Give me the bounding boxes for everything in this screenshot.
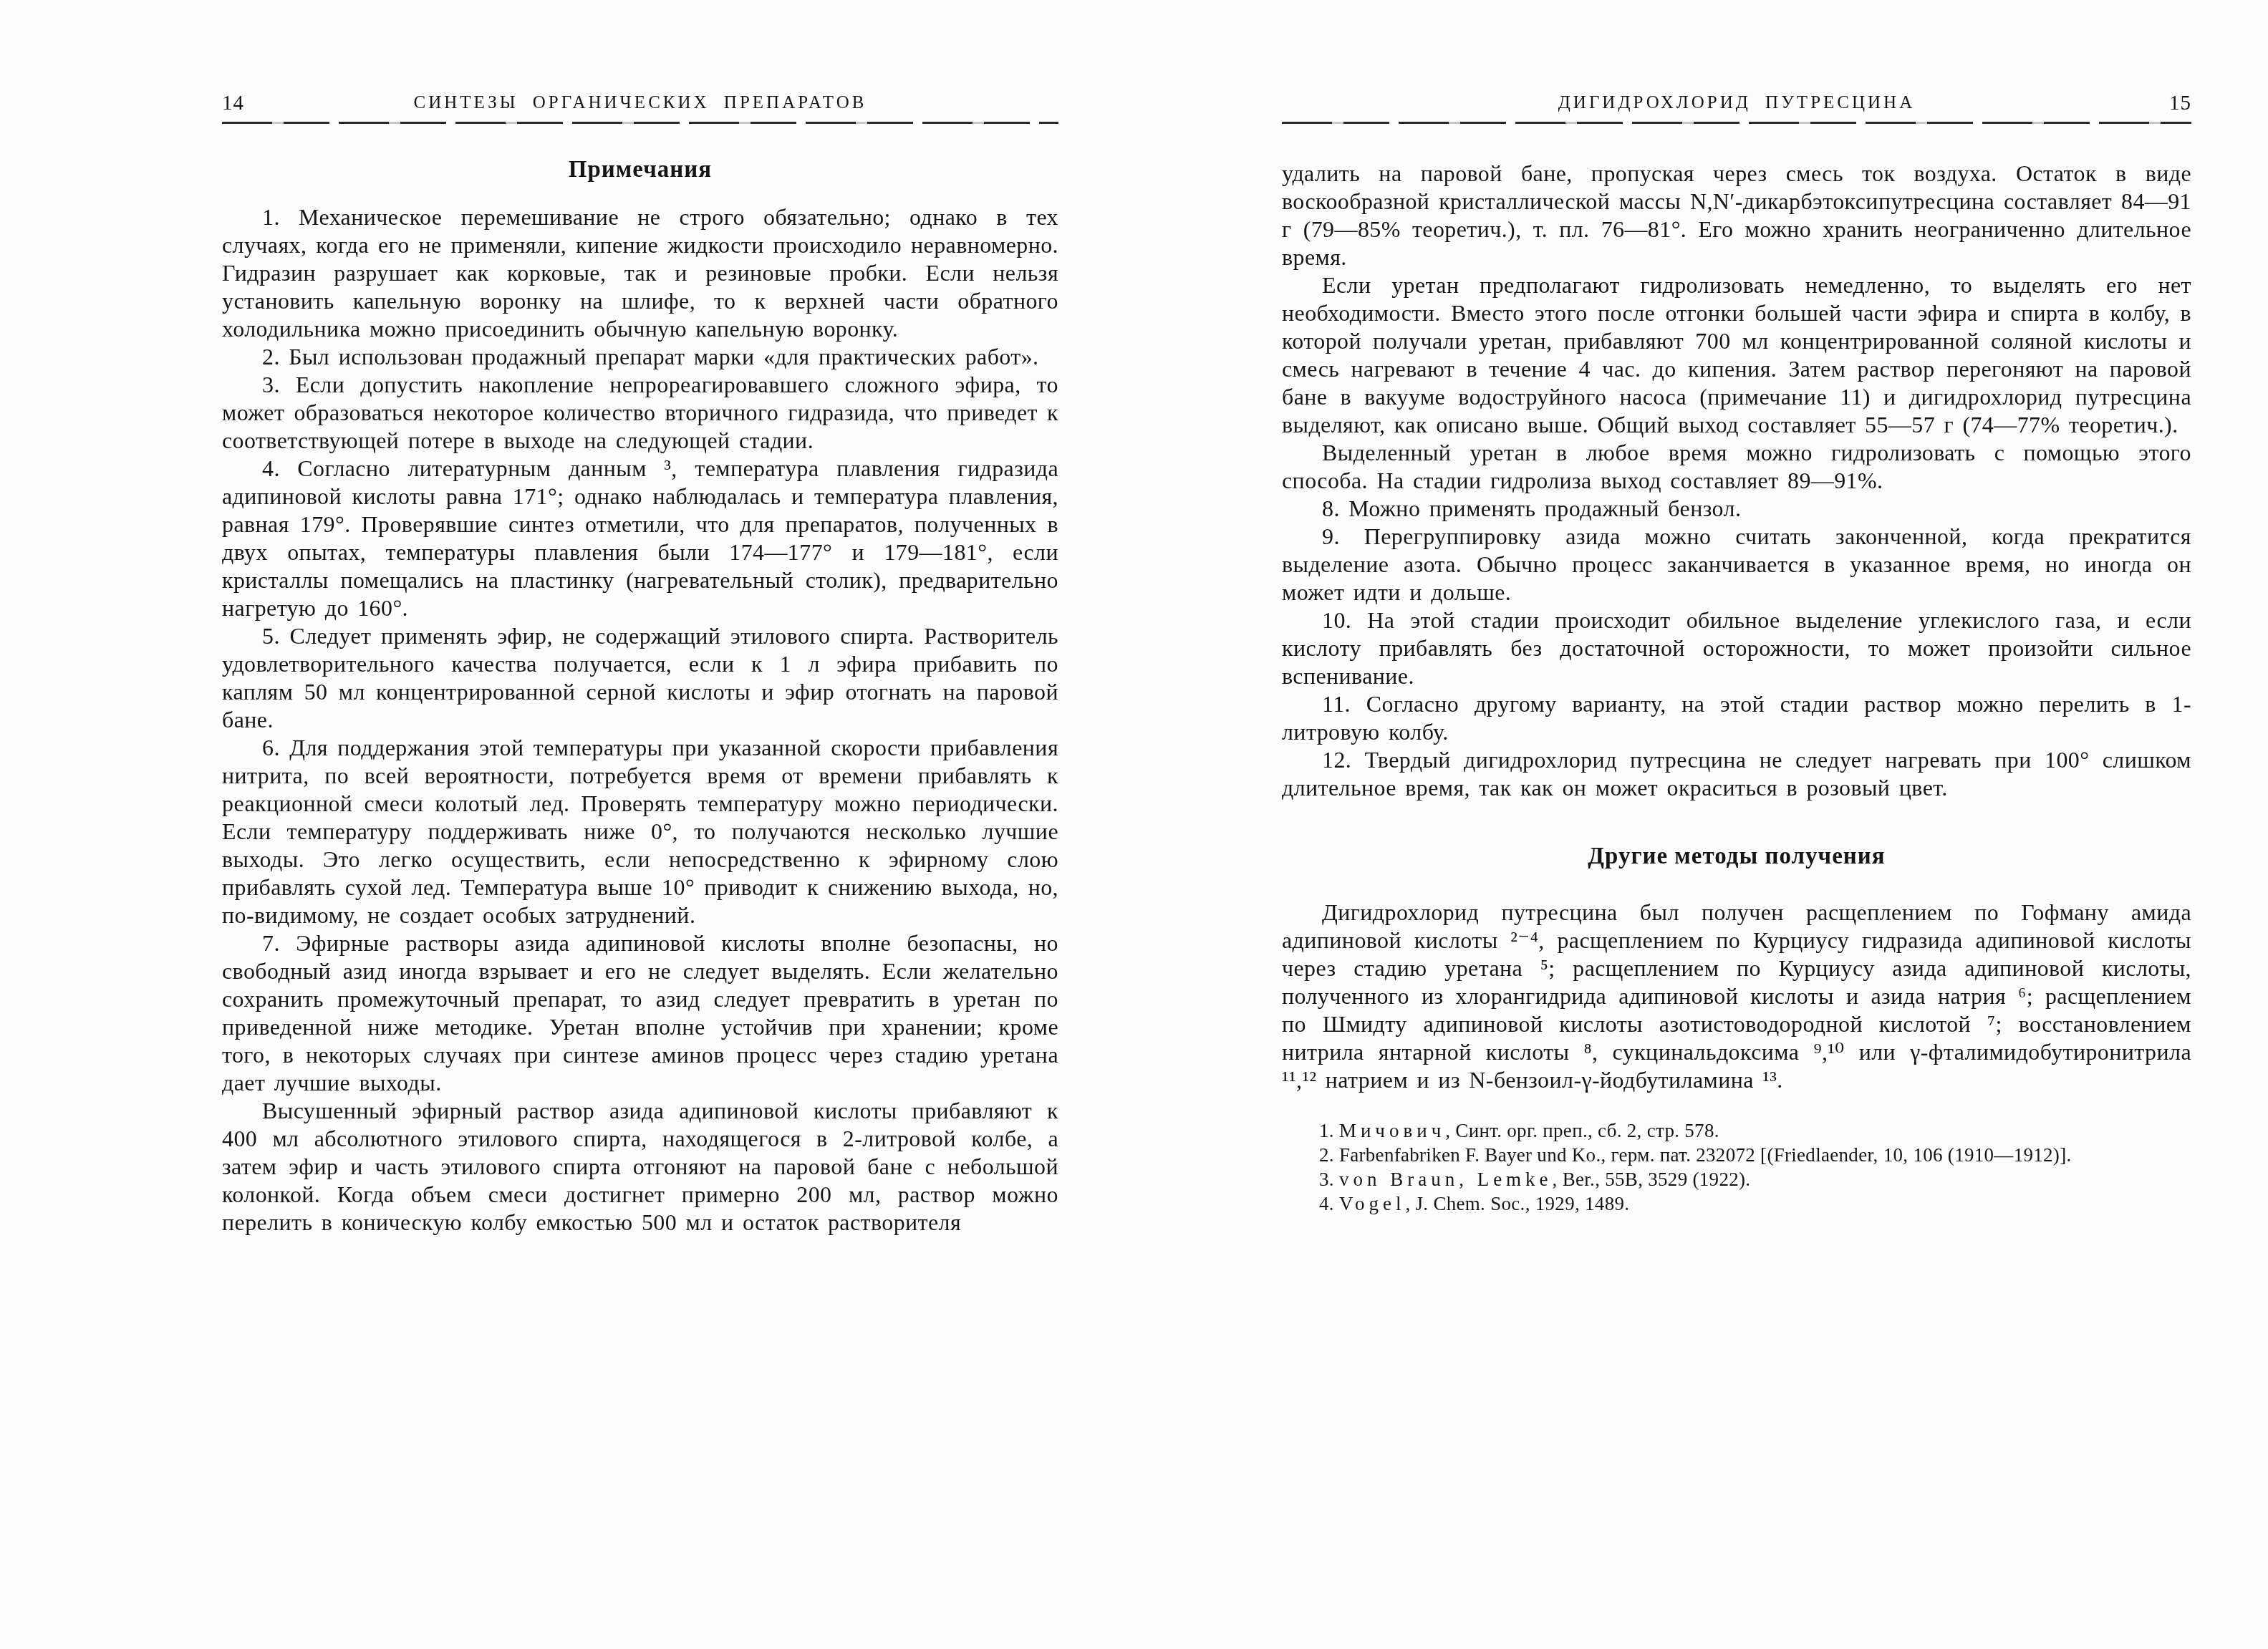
paragraph: Дигидрохлорид путресцина был получен рас… (1282, 899, 2191, 1094)
reference-item: 1. Мичович, Синт. орг. преп., сб. 2, стр… (1319, 1118, 2191, 1143)
paragraph: 8. Можно применять продажный бензол. (1282, 495, 2191, 523)
paragraph: 1. Механическое перемешивание не строго … (222, 203, 1058, 343)
reference-number: 2. (1319, 1144, 1339, 1166)
reference-item: 3. von Braun, Lemke, Ber., 55B, 3529 (19… (1319, 1167, 2191, 1191)
paragraph: Высушенный эфирный раствор азида адипино… (222, 1097, 1058, 1237)
other-methods-body: Дигидрохлорид путресцина был получен рас… (1282, 899, 2191, 1094)
right-page-header: ДИГИДРОХЛОРИД ПУТРЕСЦИНА 15 (1282, 92, 2191, 115)
right-page: ДИГИДРОХЛОРИД ПУТРЕСЦИНА 15 удалить на п… (1282, 92, 2191, 1216)
right-page-number: 15 (2127, 92, 2191, 115)
reference-text: , Ber., 55B, 3529 (1922). (1553, 1169, 1751, 1190)
reference-authors: von Braun, Lemke (1339, 1169, 1553, 1190)
reference-authors: Farbenfabriken F. Bayer und Ko. (1339, 1144, 1601, 1166)
book-spread: 14 СИНТЕЗЫ ОРГАНИЧЕСКИХ ПРЕПАРАТОВ Приме… (0, 0, 2268, 1649)
paragraph: 5. Следует применять эфир, не содержащий… (222, 622, 1058, 734)
reference-item: 2. Farbenfabriken F. Bayer und Ko., герм… (1319, 1143, 2191, 1167)
paragraph: 7. Эфирные растворы азида адипиновой кис… (222, 929, 1058, 1097)
references-list: 1. Мичович, Синт. орг. преп., сб. 2, стр… (1319, 1118, 2191, 1216)
paragraph: 3. Если допустить накопление непрореагир… (222, 371, 1058, 455)
left-page-header: 14 СИНТЕЗЫ ОРГАНИЧЕСКИХ ПРЕПАРАТОВ (222, 92, 1058, 115)
paragraph: Выделенный уретан в любое время можно ги… (1282, 439, 2191, 495)
reference-authors: Vogel (1339, 1193, 1406, 1214)
paragraph: 2. Был использован продажный препарат ма… (222, 343, 1058, 371)
left-running-title: СИНТЕЗЫ ОРГАНИЧЕСКИХ ПРЕПАРАТОВ (286, 92, 994, 115)
other-methods-heading: Другие методы получения (1282, 843, 2191, 870)
paragraph: 11. Согласно другому варианту, на этой с… (1282, 690, 2191, 746)
paragraph: Если уретан предполагают гидролизовать н… (1282, 271, 2191, 439)
paragraph: 6. Для поддержания этой температуры при … (222, 734, 1058, 929)
left-page: 14 СИНТЕЗЫ ОРГАНИЧЕСКИХ ПРЕПАРАТОВ Приме… (222, 92, 1058, 1237)
reference-number: 4. (1319, 1193, 1339, 1214)
right-running-title: ДИГИДРОХЛОРИД ПУТРЕСЦИНА (1346, 92, 2127, 115)
reference-text: , J. Chem. Soc., 1929, 1489. (1405, 1193, 1629, 1214)
right-page-body: удалить на паровой бане, пропуская через… (1282, 160, 2191, 802)
paragraph: 4. Согласно литературным данным ³, темпе… (222, 455, 1058, 622)
paragraph: 12. Твердый дигидрохлорид путресцина не … (1282, 746, 2191, 802)
right-header-rule (1282, 122, 2191, 124)
paragraph: удалить на паровой бане, пропуская через… (1282, 160, 2191, 271)
reference-number: 1. (1319, 1120, 1339, 1141)
reference-text: , Синт. орг. преп., сб. 2, стр. 578. (1445, 1120, 1719, 1141)
reference-number: 3. (1319, 1169, 1339, 1190)
reference-authors: Мичович (1339, 1120, 1445, 1141)
reference-text: , герм. пат. 232072 [(Friedlaender, 10, … (1601, 1144, 2071, 1166)
reference-item: 4. Vogel, J. Chem. Soc., 1929, 1489. (1319, 1191, 2191, 1216)
paragraph: 10. На этой стадии происходит обильное в… (1282, 606, 2191, 690)
left-page-body: 1. Механическое перемешивание не строго … (222, 203, 1058, 1237)
left-header-rule (222, 122, 1058, 124)
left-page-number: 14 (222, 92, 286, 115)
paragraph: 9. Перегруппировку азида можно считать з… (1282, 523, 2191, 606)
notes-heading: Примечания (222, 157, 1058, 183)
